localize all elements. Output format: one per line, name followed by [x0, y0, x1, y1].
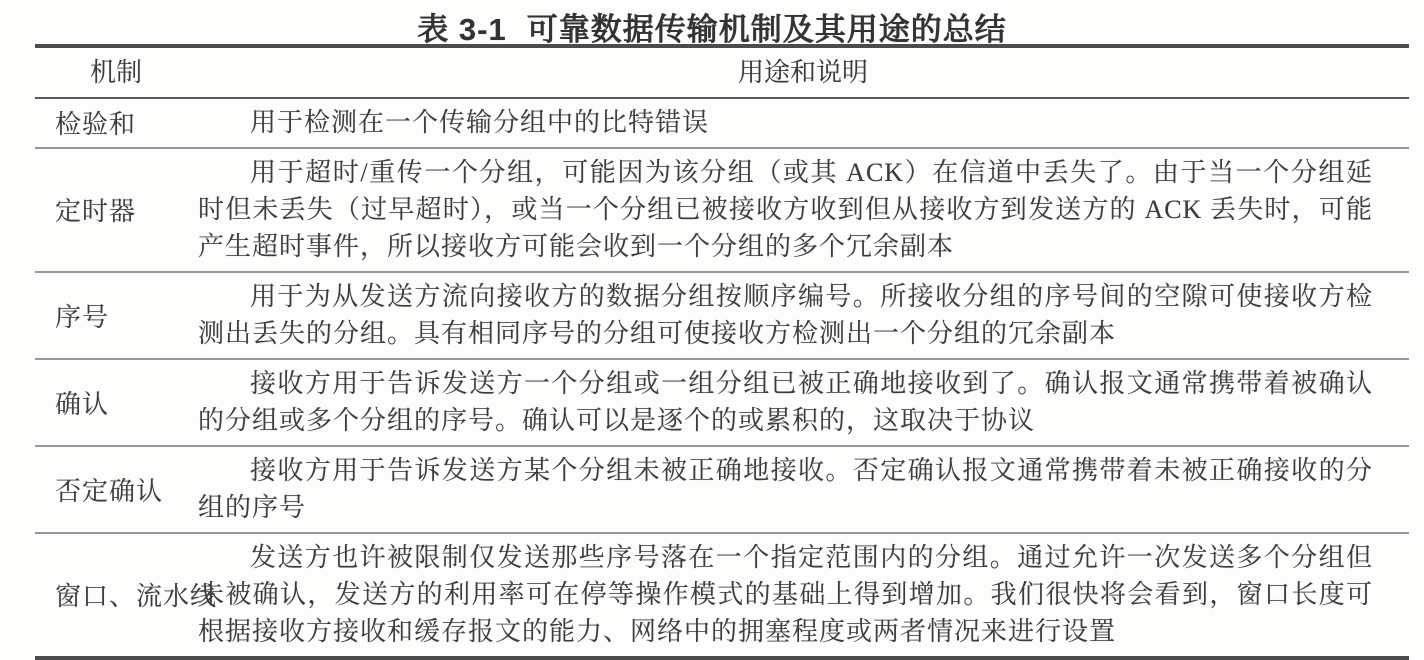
- scanned-book-page: 表 3-1可靠数据传输机制及其用途的总结 机制 用途和说明 检验和 用于检测在一…: [0, 0, 1424, 660]
- mechanism-cell: 序号: [35, 272, 197, 359]
- column-header-mechanism: 机制: [35, 46, 197, 98]
- description-text: 用于超时/重传一个分组，可能因为该分组（或其 ACK）在信道中丢失了。由于当一个…: [198, 154, 1373, 265]
- description-cell: 接收方用于告诉发送方一个分组或一组分组已被正确地接收到了。确认报文通常携带着被确…: [197, 359, 1409, 446]
- table-row: 序号 用于为从发送方流向接收方的数据分组按顺序编号。所接收分组的序号间的空隙可使…: [35, 272, 1409, 359]
- description-cell: 用于超时/重传一个分组，可能因为该分组（或其 ACK）在信道中丢失了。由于当一个…: [197, 148, 1409, 272]
- description-text: 接收方用于告诉发送方某个分组未被正确地接收。否定确认报文通常携带着未被正确接收的…: [198, 452, 1373, 526]
- header-row: 机制 用途和说明: [35, 46, 1409, 98]
- table-number: 表 3-1: [417, 12, 506, 47]
- description-cell: 发送方也许被限制仅发送那些序号落在一个指定范围内的分组。通过允许一次发送多个分组…: [197, 533, 1409, 658]
- description-cell: 用于为从发送方流向接收方的数据分组按顺序编号。所接收分组的序号间的空隙可使接收方…: [197, 272, 1409, 359]
- table-title: 表 3-1可靠数据传输机制及其用途的总结: [0, 0, 1424, 44]
- description-text: 用于为从发送方流向接收方的数据分组按顺序编号。所接收分组的序号间的空隙可使接收方…: [198, 278, 1373, 352]
- description-text: 发送方也许被限制仅发送那些序号落在一个指定范围内的分组。通过允许一次发送多个分组…: [198, 539, 1373, 650]
- mechanism-cell: 窗口、流水线: [35, 533, 197, 658]
- table-row: 检验和 用于检测在一个传输分组中的比特错误: [35, 98, 1409, 148]
- description-cell: 接收方用于告诉发送方某个分组未被正确地接收。否定确认报文通常携带着未被正确接收的…: [197, 446, 1409, 533]
- column-header-usage: 用途和说明: [197, 46, 1409, 98]
- mechanism-cell: 定时器: [35, 148, 197, 272]
- table-row: 窗口、流水线 发送方也许被限制仅发送那些序号落在一个指定范围内的分组。通过允许一…: [35, 533, 1409, 658]
- description-cell: 用于检测在一个传输分组中的比特错误: [197, 98, 1409, 148]
- description-text: 用于检测在一个传输分组中的比特错误: [198, 104, 1373, 141]
- mechanism-cell: 确认: [35, 359, 197, 446]
- description-text: 接收方用于告诉发送方一个分组或一组分组已被正确地接收到了。确认报文通常携带着被确…: [198, 365, 1373, 439]
- rdt-mechanisms-table: 机制 用途和说明 检验和 用于检测在一个传输分组中的比特错误 定时器 用于超时/…: [35, 44, 1409, 660]
- table-row: 定时器 用于超时/重传一个分组，可能因为该分组（或其 ACK）在信道中丢失了。由…: [35, 148, 1409, 272]
- table-row: 否定确认 接收方用于告诉发送方某个分组未被正确地接收。否定确认报文通常携带着未被…: [35, 446, 1409, 533]
- table-caption: 可靠数据传输机制及其用途的总结: [527, 12, 1007, 47]
- table-row: 确认 接收方用于告诉发送方一个分组或一组分组已被正确地接收到了。确认报文通常携带…: [35, 359, 1409, 446]
- mechanism-cell: 否定确认: [35, 446, 197, 533]
- mechanism-cell: 检验和: [35, 98, 197, 148]
